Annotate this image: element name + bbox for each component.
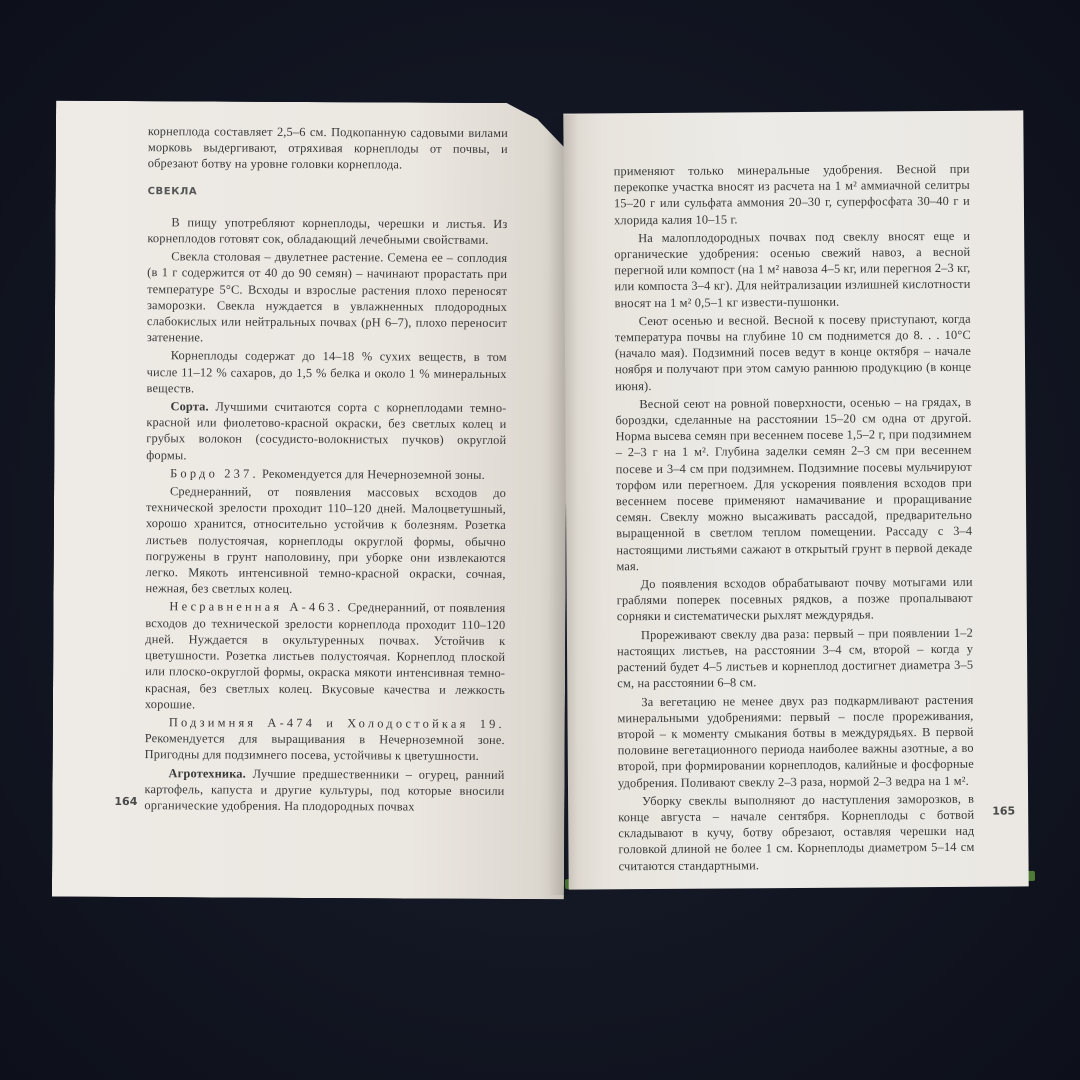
paragraph-variety-bordo: Бордо 237. Рекомендуется для Нечерноземн… xyxy=(146,465,506,483)
paragraph-body: Рекомендуется для Нечерноземной зоны. xyxy=(259,467,485,482)
paragraph-variety-nesravnennaya: Несравненная А-463. Среднеранний, от поя… xyxy=(145,599,506,714)
page-number: 165 xyxy=(992,804,1015,817)
paragraph: Сеют осенью и весной. Весной к посеву пр… xyxy=(615,311,972,394)
paragraph: За вегетацию не менее двух раз подкармли… xyxy=(617,691,974,791)
section-heading: СВЕКЛА xyxy=(148,184,508,202)
paragraph: В пищу употребляют корнеплоды, черешки и… xyxy=(147,214,507,248)
paragraph-varieties: Сорта. Лучшими считаются сорта с корнепл… xyxy=(146,398,506,465)
paragraph: Весной сеют на ровной поверхности, осень… xyxy=(615,394,972,575)
paragraph: Прореживают свеклу два раза: первый – пр… xyxy=(617,624,973,691)
paragraph-variety-podzimnyaya: Подзимняя А-474 и Холодостойкая 19. Реко… xyxy=(145,714,505,764)
left-page: корнеплода составляет 2,5–6 см. Подкопан… xyxy=(52,101,568,900)
variety-name: Несравненная А-463. xyxy=(169,600,343,615)
variety-name: Подзимняя А-474 и Холодостойкая 19. xyxy=(169,715,505,731)
paragraph-agrotechnics: Агротехника. Лучшие предшественники – ог… xyxy=(144,765,504,815)
paragraph-body: Среднеранний, от появления всходов до те… xyxy=(145,601,506,711)
paragraph: Среднеранний, от появления массовых всхо… xyxy=(145,483,506,598)
paragraph: На малоплодородных почвах под свеклу вно… xyxy=(614,228,971,311)
paragraph: До появления всходов обрабатывают почву … xyxy=(617,574,973,625)
paragraph: Корнеплоды содержат до 14–18 % сухих вещ… xyxy=(147,348,507,398)
right-page-text: применяют только минеральные удобрения. … xyxy=(614,161,975,876)
paragraph-body: Рекомендуется для выращивания в Нечерноз… xyxy=(145,731,505,763)
intro-paragraph: корнеплода составляет 2,5–6 см. Подкопан… xyxy=(148,123,508,173)
paragraph-lead: Агротехника. xyxy=(169,766,246,780)
variety-name: Бордо 237. xyxy=(170,466,259,480)
paragraph: Свекла столовая – двулетнее растение. Се… xyxy=(147,248,508,347)
left-page-text: корнеплода составляет 2,5–6 см. Подкопан… xyxy=(144,123,508,817)
paragraph: применяют только минеральные удобрения. … xyxy=(614,161,970,228)
paragraph-lead: Сорта. xyxy=(170,399,208,413)
page-number: 164 xyxy=(114,795,137,808)
paragraph: Уборку свеклы выполняют до наступления з… xyxy=(618,790,975,873)
right-page: применяют только минеральные удобрения. … xyxy=(563,110,1028,889)
